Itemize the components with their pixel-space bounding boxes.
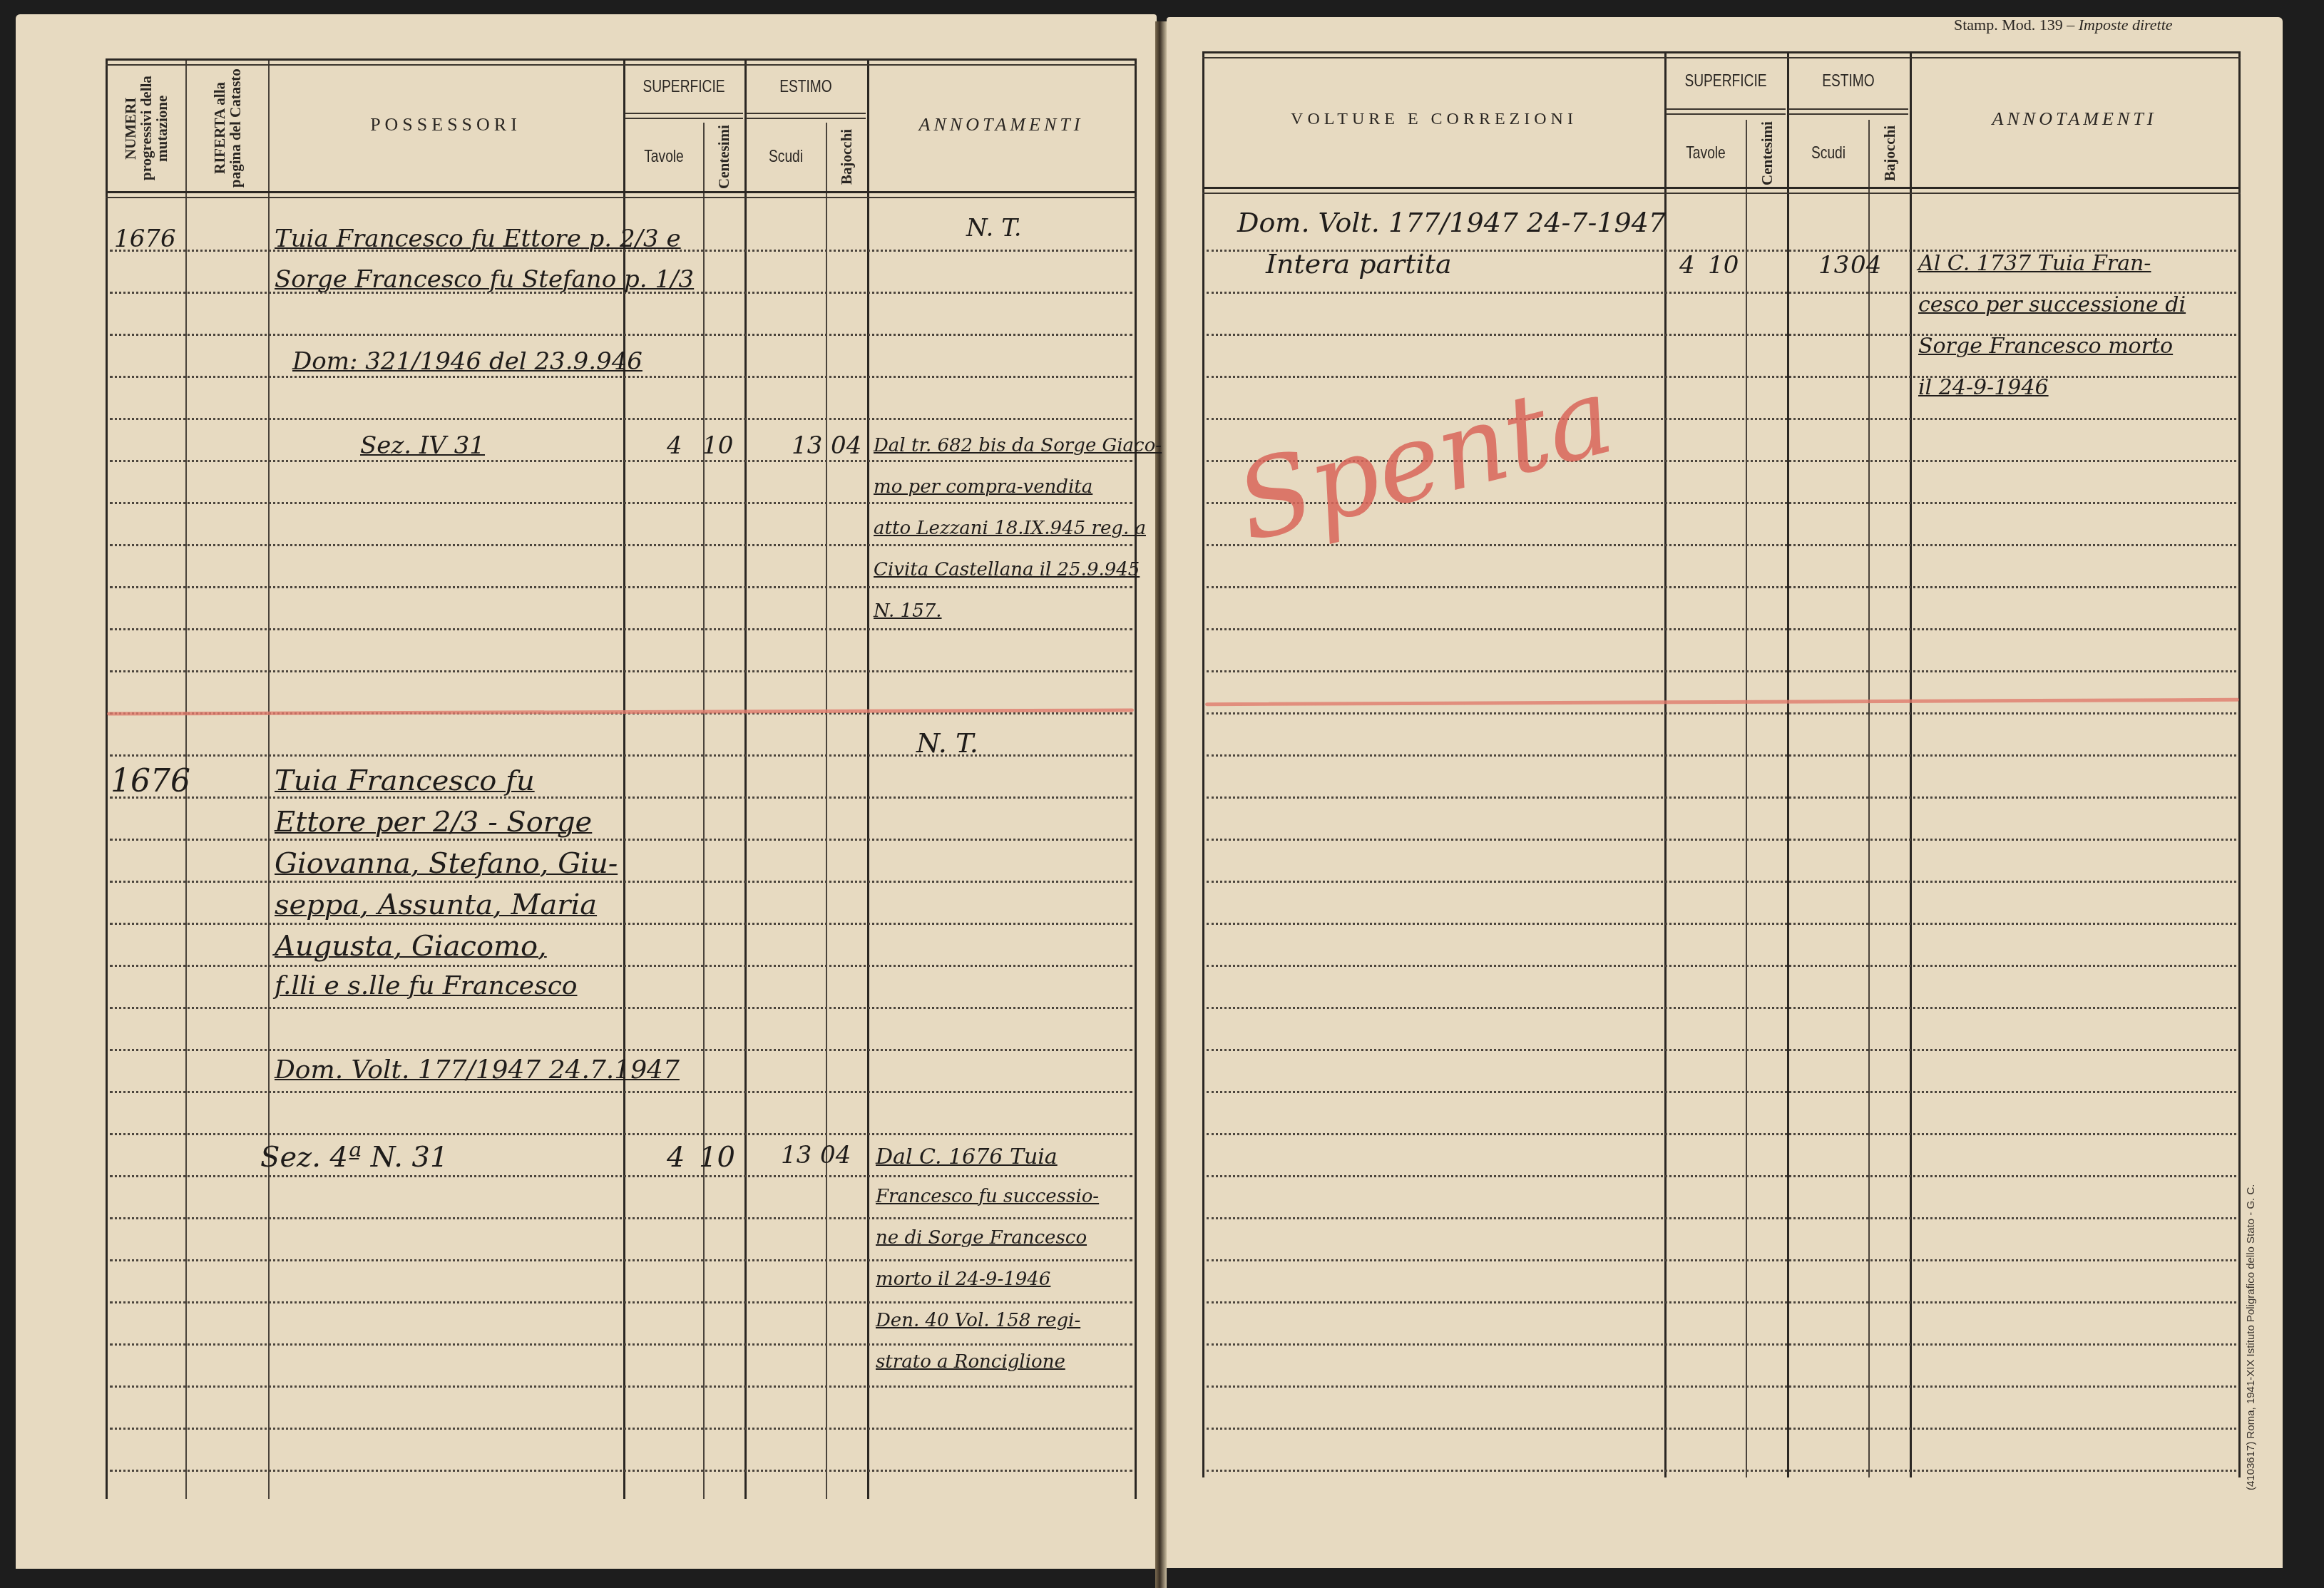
scudi-value: 13 bbox=[1818, 251, 1849, 280]
annotation-line: strato a Ronciglione bbox=[876, 1351, 1065, 1373]
col-header-annotamenti: ANNOTAMENTI bbox=[1911, 51, 2238, 187]
col-header-volture: VOLTURE E CORREZIONI bbox=[1204, 51, 1664, 187]
annotation-line: mo per compra-vendita bbox=[874, 476, 1092, 498]
voltura-line: Intera partita bbox=[1266, 248, 1452, 280]
annotation-line: Den. 40 Vol. 158 regi- bbox=[876, 1310, 1080, 1331]
possessore-line: seppa, Assunta, Maria bbox=[275, 888, 597, 921]
annotation-line: cesco per successione di bbox=[1918, 292, 2186, 317]
centesimi-value: 10 bbox=[699, 1141, 735, 1174]
col-header-centesimi: Centesimi bbox=[1747, 121, 1787, 185]
form-model-stamp: Stamp. Mod. 139 – Imposte dirette bbox=[1954, 16, 2173, 34]
col-header-possessori: POSSESSORI bbox=[270, 58, 622, 191]
possessore-line: Tuia Francesco fu bbox=[275, 764, 535, 797]
col-header-riferta: RIFERTA alla pagina del Catasto bbox=[190, 68, 265, 188]
annotation-line: ne di Sorge Francesco bbox=[876, 1227, 1087, 1249]
scudi-value: 13 bbox=[792, 431, 822, 460]
bajocchi-value: 04 bbox=[831, 431, 861, 460]
printer-imprint: (4103617) Roma, 1941-XIX Istituto Poligr… bbox=[2245, 1027, 2257, 1490]
centesimi-value: 10 bbox=[702, 431, 733, 460]
col-header-annotamenti: ANNOTAMENTI bbox=[869, 58, 1134, 191]
col-header-estimo: ESTIMO bbox=[1801, 60, 1896, 103]
tavole-value: 4 bbox=[667, 431, 682, 460]
parcel-ref: Sez. IV 31 bbox=[360, 431, 485, 460]
possessore-line: Dom. Volt. 177/1947 24.7.1947 bbox=[275, 1055, 680, 1085]
possessore-line: Ettore per 2/3 - Sorge bbox=[275, 806, 592, 839]
col-header-superficie: SUPERFICIE bbox=[1678, 60, 1773, 103]
annotation-line: Civita Castellana il 25.9.945 bbox=[874, 559, 1140, 580]
col-header-scudi: Scudi bbox=[754, 123, 818, 191]
entry-number: 1676 bbox=[111, 763, 190, 799]
col-header-tavole: Tavole bbox=[633, 123, 695, 191]
col-header-bajocchi: Bajocchi bbox=[827, 124, 866, 190]
possessore-line: f.lli e s.lle fu Francesco bbox=[275, 971, 577, 1000]
possessore-line: Tuia Francesco fu Ettore p. 2/3 e bbox=[275, 225, 681, 253]
annotation-mark: N. T. bbox=[966, 214, 1022, 242]
annotation-line: il 24-9-1946 bbox=[1918, 375, 2049, 400]
bajocchi-value: 04 bbox=[820, 1141, 851, 1169]
centesimi-value: 10 bbox=[1708, 251, 1739, 280]
annotation-mark: N. T. bbox=[916, 727, 978, 759]
annotation-line: Dal tr. 682 bis da Sorge Giaco- bbox=[874, 435, 1162, 456]
col-header-tavole: Tavole bbox=[1674, 120, 1738, 187]
tavole-value: 4 bbox=[667, 1141, 685, 1174]
col-header-bajocchi: Bajocchi bbox=[1870, 121, 1910, 185]
col-header-scudi: Scudi bbox=[1796, 120, 1860, 187]
voltura-line: Dom. Volt. 177/1947 24-7-1947 bbox=[1237, 207, 1666, 238]
annotation-line: Dal C. 1676 Tuia bbox=[876, 1144, 1058, 1169]
possessore-line: Sorge Francesco fu Stefano p. 1/3 bbox=[275, 265, 694, 294]
annotation-line: morto il 24-9-1946 bbox=[876, 1269, 1050, 1290]
possessore-line: Dom: 321/1946 del 23.9.946 bbox=[292, 347, 643, 376]
col-header-superficie: SUPERFICIE bbox=[637, 66, 732, 108]
col-header-centesimi: Centesimi bbox=[705, 124, 743, 190]
bajocchi-value: 04 bbox=[1851, 251, 1881, 280]
annotation-line: atto Lezzani 18.IX.945 reg. a bbox=[874, 518, 1146, 539]
entry-number: 1676 bbox=[114, 225, 176, 253]
col-header-estimo: ESTIMO bbox=[758, 66, 854, 108]
annotation-line: Francesco fu successio- bbox=[876, 1186, 1099, 1207]
scudi-value: 13 bbox=[781, 1141, 812, 1169]
annotation-line: Sorge Francesco morto bbox=[1918, 334, 2173, 359]
tavole-value: 4 bbox=[1679, 251, 1695, 280]
parcel-ref: Sez. 4ª N. 31 bbox=[260, 1141, 449, 1174]
book-gutter bbox=[1155, 21, 1167, 1588]
possessore-line: Augusta, Giacomo, bbox=[275, 930, 547, 963]
annotation-line: Al C. 1737 Tuia Fran- bbox=[1918, 251, 2151, 276]
possessore-line: Giovanna, Stefano, Giu- bbox=[275, 847, 618, 880]
col-header-numeri: NUMERI progressivi della mutazione bbox=[108, 68, 184, 188]
annotation-line: N. 157. bbox=[874, 600, 942, 622]
